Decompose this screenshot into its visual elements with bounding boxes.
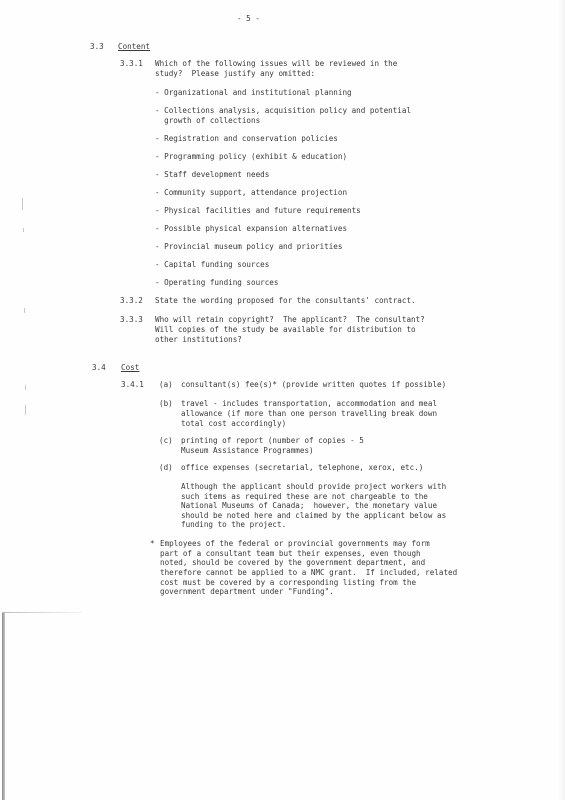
footnote-line: Employees of the federal or provincial g… (160, 539, 430, 549)
question-text-line: study? Please justify any omitted: (155, 69, 315, 79)
section-number-3-3: 3.3 (90, 42, 104, 52)
question-text-line: other institutions? (155, 335, 242, 345)
note-line: National Museums of Canada; however, the… (181, 501, 437, 511)
cost-item-text: consultant(s) fee(s)* (provide written q… (181, 380, 446, 390)
page-number: - 5 - (237, 14, 260, 24)
footnote-line: government department under "Funding". (160, 587, 334, 597)
list-item: - Organizational and institutional plann… (155, 88, 352, 98)
scan-artifact (25, 385, 26, 390)
list-item: - Registration and conservation policies (155, 134, 338, 144)
item-label-b: (b) (159, 399, 173, 409)
list-item: - Physical facilities and future require… (155, 206, 361, 216)
footnote-line: noted, should be covered by the governme… (160, 558, 425, 568)
item-label-c: (c) (159, 436, 173, 446)
question-number-3-3-1: 3.3.1 (120, 59, 143, 69)
cost-item-text: Museum Assistance Programmes) (181, 446, 314, 456)
list-item: - Collections analysis, acquisition poli… (155, 106, 411, 116)
question-number-3-3-3: 3.3.3 (120, 315, 143, 325)
list-item-continuation: growth of collections (155, 116, 260, 126)
cost-item-text: office expenses (secretarial, telephone,… (181, 463, 423, 473)
cost-item-text: allowance (if more than one person trave… (181, 409, 437, 419)
list-item: - Provincial museum policy and prioritie… (155, 242, 342, 252)
scan-artifact (22, 198, 23, 210)
list-item: - Operating funding sources (155, 278, 278, 288)
list-item: - Community support, attendance projecti… (155, 188, 347, 198)
note-line: Although the applicant should provide pr… (181, 482, 446, 492)
document-page: - 5 - 3.3 Content 3.3.1 Which of the fol… (0, 0, 565, 800)
note-line: funding to the project. (181, 520, 286, 530)
question-number-3-3-2: 3.3.2 (120, 296, 143, 306)
page-fold-edge (2, 613, 5, 800)
cost-item-text: travel - includes transportation, accomm… (181, 399, 437, 409)
scan-artifact (25, 405, 26, 415)
cost-item-text: total cost accordingly) (181, 419, 286, 429)
list-item: - Staff development needs (155, 170, 269, 180)
scan-artifact (24, 308, 25, 313)
section-number-3-4: 3.4 (92, 363, 106, 373)
list-item: - Programming policy (exhibit & educatio… (155, 152, 347, 162)
item-label-d: (d) (159, 463, 173, 473)
cost-item-text: printing of report (number of copies - 5 (181, 436, 364, 446)
section-title-content: Content (118, 42, 150, 52)
question-number-3-4-1: 3.4.1 (121, 380, 144, 390)
question-text-line: State the wording proposed for the consu… (155, 296, 416, 306)
footnote-marker: * (150, 539, 155, 549)
question-text-line: Who will retain copyright? The applicant… (155, 315, 425, 325)
list-item: - Possible physical expansion alternativ… (155, 224, 347, 234)
item-label-a: (a) (159, 380, 173, 390)
question-text-line: Which of the following issues will be re… (155, 59, 397, 69)
scan-artifact (23, 228, 24, 232)
footnote-line: therefore cannot be applied to a NMC gra… (160, 568, 457, 578)
list-item: - Capital funding sources (155, 260, 269, 270)
question-text-line: Will copies of the study be available fo… (155, 325, 416, 335)
section-title-cost: Cost (121, 363, 139, 373)
page-edge-shadow (558, 0, 565, 800)
page-fold-edge (2, 612, 82, 613)
